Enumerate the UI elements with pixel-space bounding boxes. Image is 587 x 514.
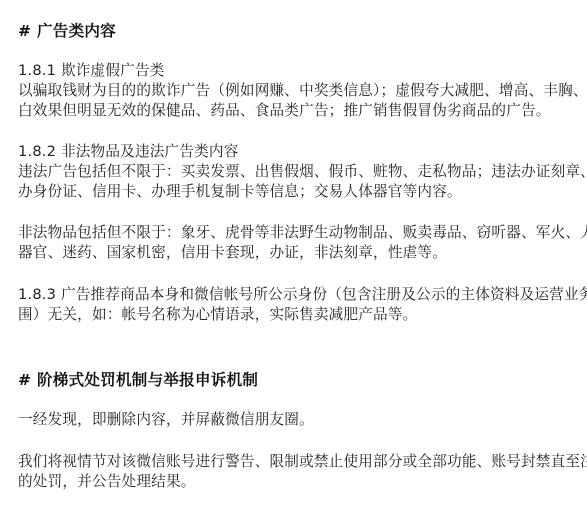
text-line: 非法物品包括但不限于：象牙、虎骨等非法野生动物制品、贩卖毒品、窃听器、军火、人体 <box>18 223 574 243</box>
text-line: 的处罚，并公告处理结果。 <box>18 472 574 492</box>
text-line: 以骗取钱财为目的的欺诈广告（例如网赚、中奖类信息）；虚假夸大减肥、增高、丰胸、美 <box>18 81 574 101</box>
text-line: 违法广告包括但不限于：买卖发票、出售假烟、假币、赃物、走私物品；违法办证刻章、代 <box>18 162 574 182</box>
text-line: 围）无关，如：帐号名称为心情语录，实际售卖减肥产品等。 <box>18 305 574 325</box>
paragraph-illegal-items: 非法物品包括但不限于：象牙、虎骨等非法野生动物制品、贩卖毒品、窃听器、军火、人体… <box>18 223 574 263</box>
paragraph-illegal-ads: 1.8.2 非法物品及违法广告类内容 违法广告包括但不限于：买卖发票、出售假烟、… <box>18 142 574 202</box>
subsection-title-1-8-3: 1.8.3 广告推荐商品本身和微信帐号所公示身份（包含注册及公示的主体资料及运营… <box>18 285 574 305</box>
document-page: # 广告类内容 1.8.1 欺诈虚假广告类 以骗取钱财为目的的欺诈广告（例如网赚… <box>0 0 587 514</box>
section-heading-penalties: # 阶梯式处罚机制与举报申诉机制 <box>18 368 258 390</box>
text-line: 一经发现，即删除内容，并屏蔽微信朋友圈。 <box>18 410 574 430</box>
section-heading-ads: # 广告类内容 <box>18 19 116 41</box>
text-line: 我们将视情节对该微信账号进行警告、限制或禁止使用部分或全部功能、账号封禁直至注销 <box>18 452 574 472</box>
paragraph-immediate-removal: 一经发现，即删除内容，并屏蔽微信朋友圈。 <box>18 410 574 430</box>
paragraph-penalty-details: 我们将视情节对该微信账号进行警告、限制或禁止使用部分或全部功能、账号封禁直至注销… <box>18 452 574 492</box>
paragraph-account-mismatch: 1.8.3 广告推荐商品本身和微信帐号所公示身份（包含注册及公示的主体资料及运营… <box>18 285 574 325</box>
subsection-title-1-8-2: 1.8.2 非法物品及违法广告类内容 <box>18 142 574 162</box>
text-line: 白效果但明显无效的保健品、药品、食品类广告；推广销售假冒伪劣商品的广告。 <box>18 101 574 121</box>
text-line: 办身份证、信用卡、办理手机复制卡等信息；交易人体器官等内容。 <box>18 182 574 202</box>
subsection-title-1-8-1: 1.8.1 欺诈虚假广告类 <box>18 61 574 81</box>
paragraph-fraud-ads: 1.8.1 欺诈虚假广告类 以骗取钱财为目的的欺诈广告（例如网赚、中奖类信息）；… <box>18 61 574 121</box>
text-line: 器官、迷药、国家机密，信用卡套现，办证，非法刻章，性虐等。 <box>18 243 574 263</box>
